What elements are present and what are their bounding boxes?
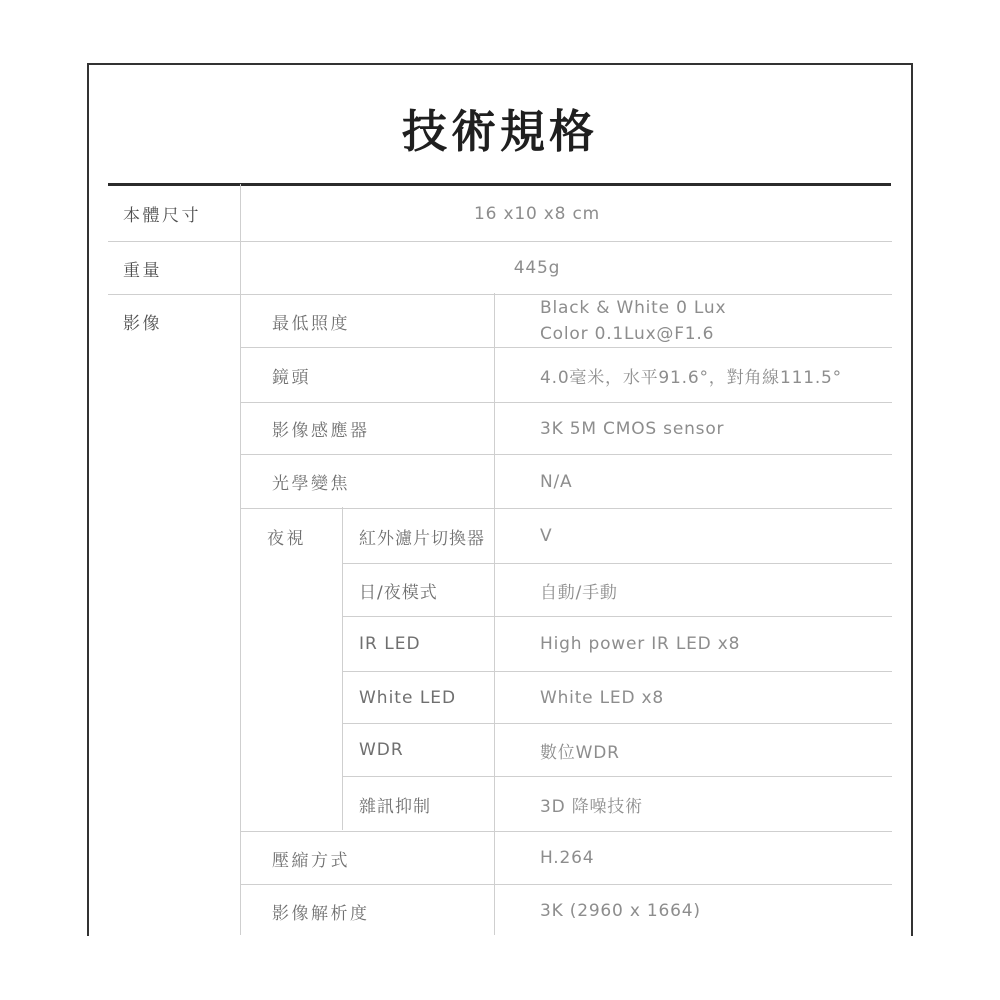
column-divider-1 — [240, 184, 241, 935]
table-row: WDR 數位WDR — [108, 724, 892, 777]
value-line: Color 0.1Lux@F1.6 — [540, 321, 714, 347]
row-label: IR LED — [342, 617, 494, 671]
row-value: 3K 5M CMOS sensor — [494, 403, 892, 454]
group-label: 夜視 — [240, 509, 342, 564]
row-value: 3K (2960 x 1664) — [494, 885, 892, 937]
value-line: Black & White 0 Lux — [540, 295, 726, 321]
row-value: 16 x10 x8 cm — [240, 186, 892, 241]
row-label: 重量 — [108, 242, 240, 294]
table-row: 影像 最低照度 Black & White 0 Lux Color 0.1Lux… — [108, 295, 892, 348]
row-value: 自動/手動 — [494, 564, 892, 616]
row-label: 影像感應器 — [240, 403, 494, 454]
row-label: 光學變焦 — [240, 455, 494, 508]
table-row: White LED White LED x8 — [108, 672, 892, 724]
table-row: 夜視 紅外濾片切換器 V — [108, 509, 892, 564]
row-label: 紅外濾片切換器 — [342, 509, 494, 563]
row-label: 壓縮方式 — [240, 832, 494, 884]
row-value: 3D 降噪技術 — [494, 777, 892, 831]
section-label: 影像 — [108, 295, 240, 348]
table-row: 本體尺寸 16 x10 x8 cm — [108, 186, 892, 242]
row-label: 影像解析度 — [240, 885, 494, 937]
row-label: 日/夜模式 — [342, 564, 494, 616]
row-label: White LED — [342, 672, 494, 723]
row-value: 4.0毫米，水平91.6°，對角線111.5° — [494, 348, 892, 402]
row-label: 雜訊抑制 — [342, 777, 494, 831]
row-value: 445g — [240, 242, 892, 294]
page-title: 技術規格 — [0, 95, 1000, 160]
table-row: 日/夜模式 自動/手動 — [108, 564, 892, 617]
row-value: High power IR LED x8 — [494, 617, 892, 671]
table-row: 影像解析度 3K (2960 x 1664) — [108, 885, 892, 937]
row-label: 鏡頭 — [240, 348, 494, 402]
table-row: 鏡頭 4.0毫米，水平91.6°，對角線111.5° — [108, 348, 892, 403]
table-row: IR LED High power IR LED x8 — [108, 617, 892, 672]
column-divider-2 — [342, 507, 343, 830]
spec-table: 本體尺寸 16 x10 x8 cm 重量 445g 影像 最低照度 Black … — [108, 186, 892, 935]
table-row: 壓縮方式 H.264 — [108, 832, 892, 885]
row-value: H.264 — [494, 832, 892, 884]
row-label: 最低照度 — [240, 295, 494, 347]
row-value: N/A — [494, 455, 892, 508]
table-row: 重量 445g — [108, 242, 892, 295]
spec-sheet-page: 技術規格 本體尺寸 16 x10 x8 cm 重量 445g 影像 最低照度 B… — [0, 0, 1000, 1000]
table-row: 影像感應器 3K 5M CMOS sensor — [108, 403, 892, 455]
column-divider-3 — [494, 293, 495, 935]
row-label: WDR — [342, 724, 494, 776]
row-value: 數位WDR — [494, 724, 892, 776]
row-label: 本體尺寸 — [108, 186, 240, 241]
row-value: V — [494, 509, 892, 563]
table-row: 光學變焦 N/A — [108, 455, 892, 509]
table-row: 雜訊抑制 3D 降噪技術 — [108, 777, 892, 832]
row-value: Black & White 0 Lux Color 0.1Lux@F1.6 — [494, 295, 892, 347]
row-value: White LED x8 — [494, 672, 892, 723]
